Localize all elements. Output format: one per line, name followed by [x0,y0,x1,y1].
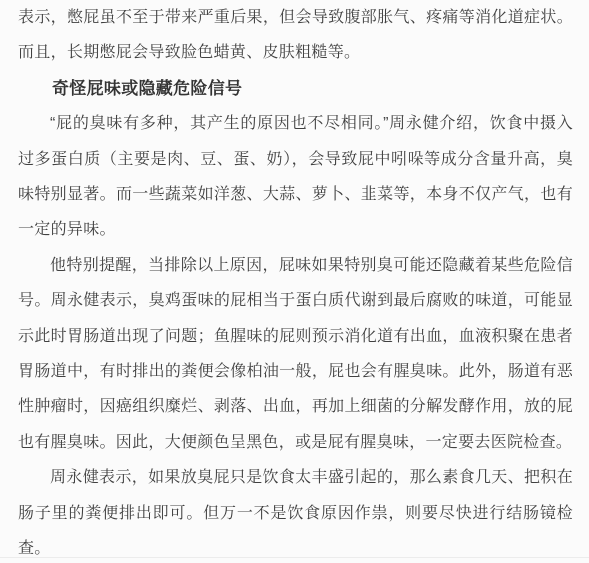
article-body: 表示，憋屁虽不至于带来严重后果，但会导致腹部胀气、疼痛等消化道症状。而且，长期憋… [0,0,589,563]
divider [0,557,589,558]
paragraph: “屁的臭味有多种，其产生的原因也不尽相同。”周永健介绍，饮食中摄入过多蛋白质（主… [18,106,573,248]
paragraph-continuation: 表示，憋屁虽不至于带来严重后果，但会导致腹部胀气、疼痛等消化道症状。而且，长期憋… [18,0,573,71]
paragraph: 他特别提醒，当排除以上原因，屁味如果特别臭可能还隐藏着某些危险信号。周永健表示，… [18,248,573,460]
section-heading: 奇怪屁味或隐藏危险信号 [18,71,573,106]
paragraph: 周永健表示，如果放臭屁只是饮食太丰盛引起的，那么素食几天、把积在肠子里的粪便排出… [18,460,573,563]
